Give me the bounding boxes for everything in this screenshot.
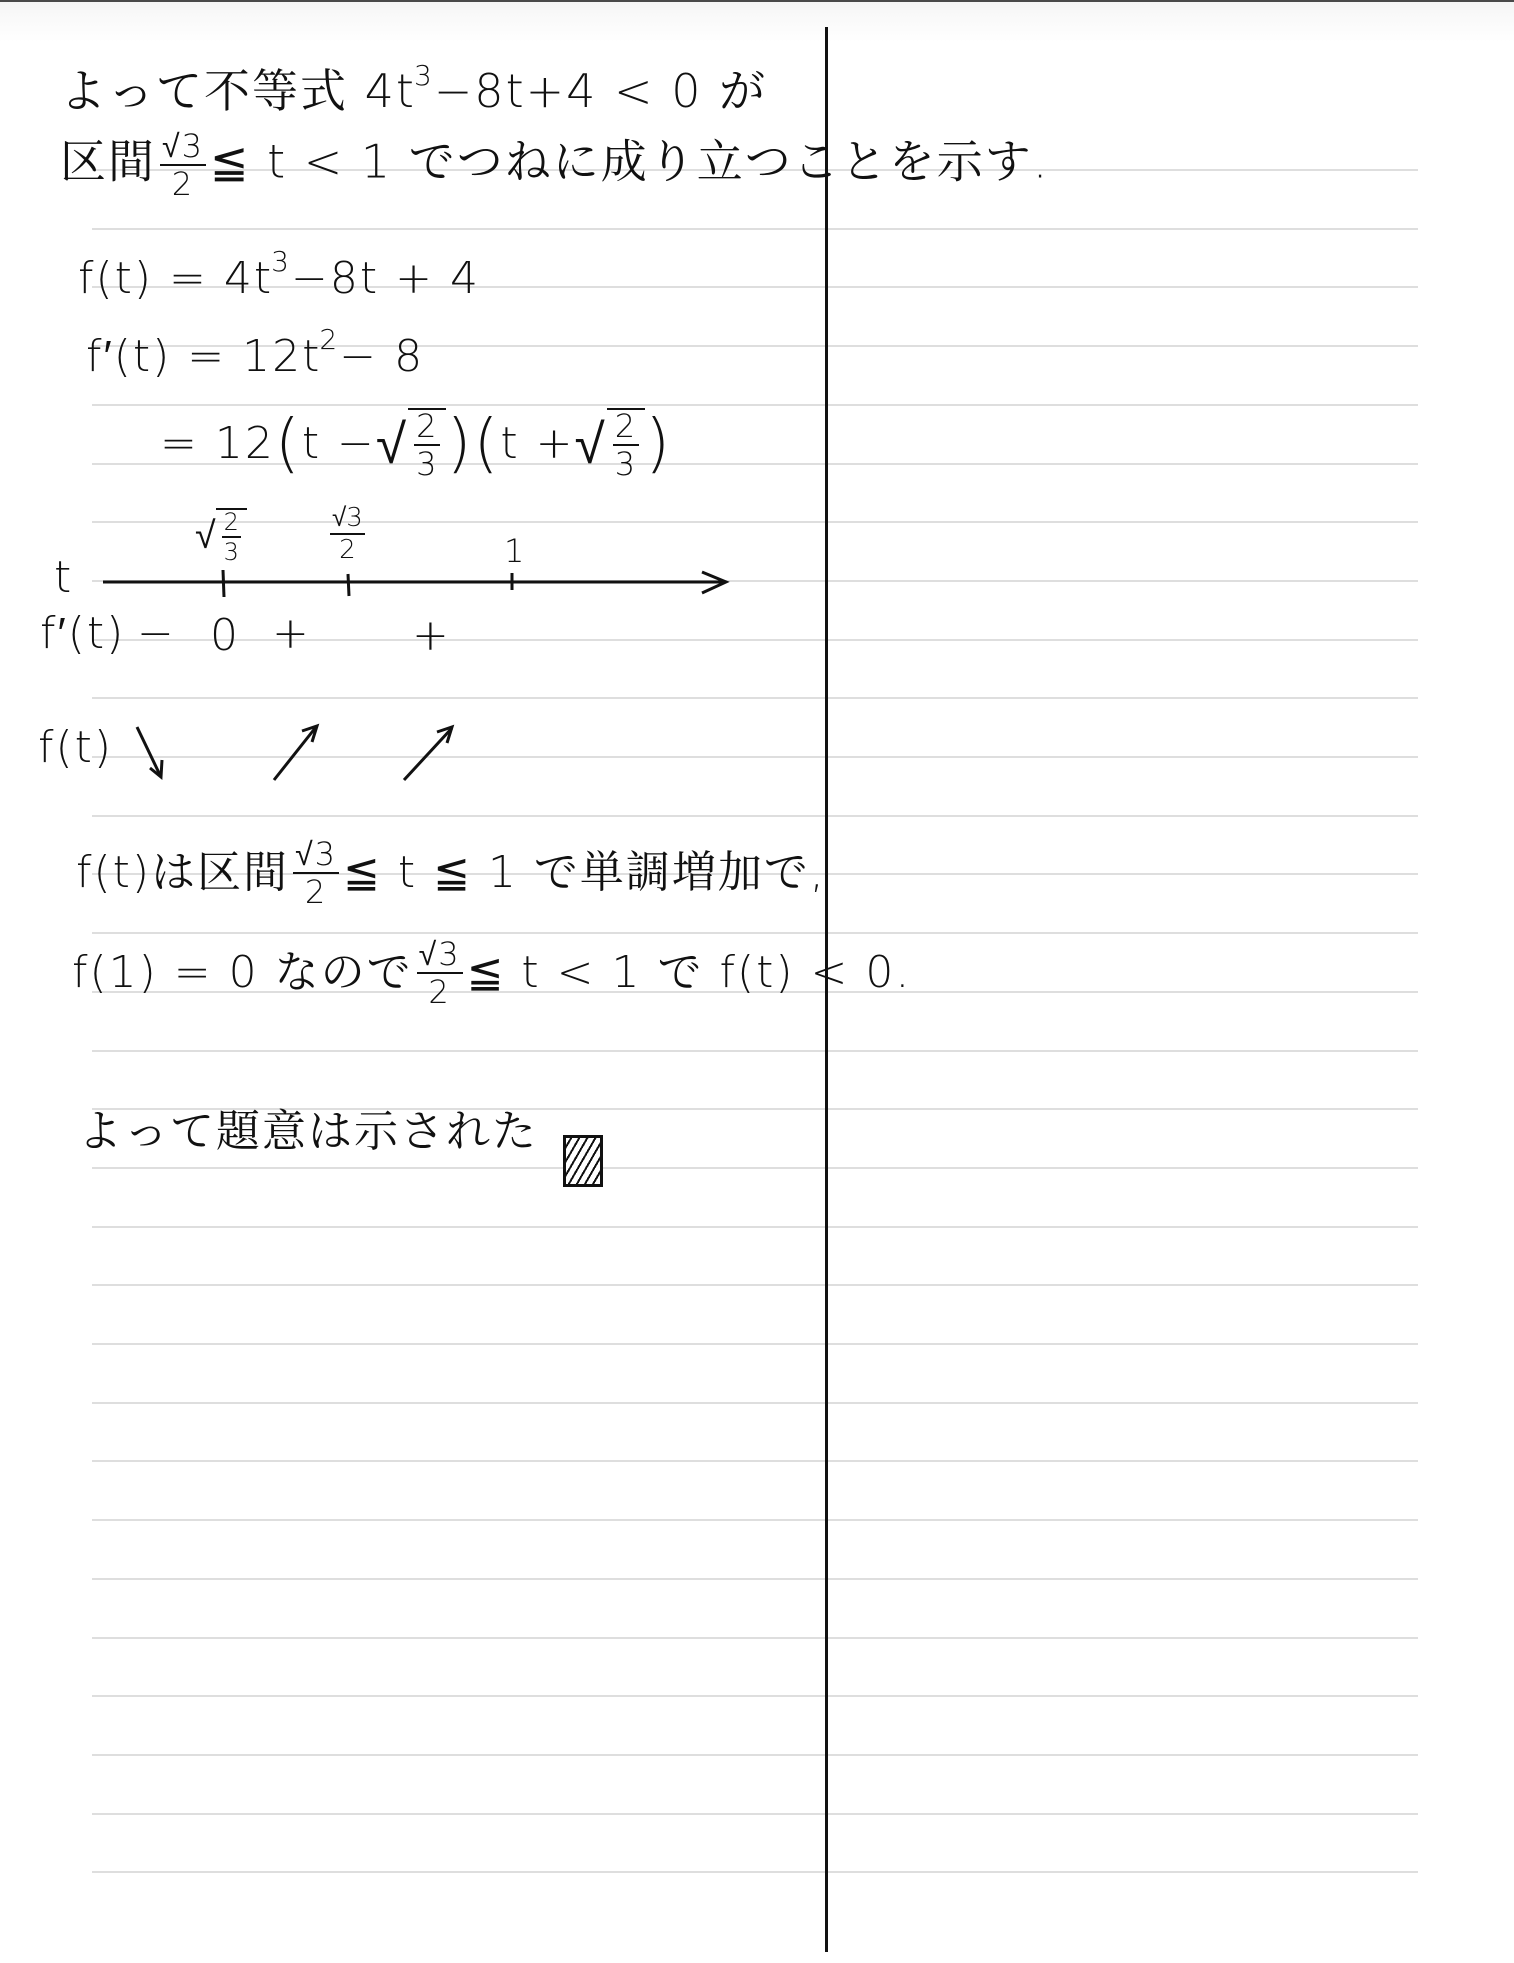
sign-zero: 0 bbox=[210, 614, 240, 658]
trend-arrows bbox=[137, 726, 452, 780]
decreasing-arrow-icon bbox=[137, 727, 160, 775]
sign-plus-2: + bbox=[412, 614, 451, 658]
frac-den: 2 bbox=[339, 535, 356, 563]
fraction-sqrt3-over-2: √32 bbox=[417, 938, 463, 1008]
axis-variable-label: t bbox=[54, 556, 73, 600]
radical-sign: √ bbox=[195, 517, 216, 555]
frac-num: 2 bbox=[222, 510, 241, 536]
frac-num: √3 bbox=[293, 838, 339, 872]
conclusion-negative: f(1) = 0 なので√32≦ t < 1 で f(t) < 0. bbox=[72, 938, 911, 1008]
fraction-sqrt3-over-2: √32 bbox=[293, 838, 339, 908]
sign-plus-1: + bbox=[272, 612, 311, 656]
frac-num: √3 bbox=[330, 505, 365, 533]
increasing-arrow-icon bbox=[404, 728, 452, 780]
tick-sqrt-two-thirds bbox=[223, 570, 224, 597]
conclusion1-prefix: f(t)は区間 bbox=[76, 851, 289, 895]
tick-sqrt3-over-2 bbox=[348, 574, 349, 596]
frac-den: 3 bbox=[224, 538, 239, 564]
tick-label-sqrt-two-thirds: √23 bbox=[195, 508, 247, 564]
conclusion1-suffix: ≦ t ≦ 1 で単調増加で, bbox=[343, 851, 826, 895]
qed-box-icon bbox=[563, 1135, 603, 1187]
tick-label-sqrt3-over-2: √32 bbox=[326, 505, 369, 563]
frac-num: √3 bbox=[417, 938, 463, 972]
conclusion-monotonic: f(t)は区間√32≦ t ≦ 1 で単調増加で, bbox=[76, 838, 826, 908]
increasing-arrow-icon bbox=[274, 727, 316, 780]
tick-label-one: 1 bbox=[504, 535, 524, 567]
trend-row-label: f(t) bbox=[38, 726, 113, 770]
frac-den: 2 bbox=[305, 874, 327, 908]
sign-row-label: f′(t) bbox=[40, 612, 125, 656]
final-statement: よって題意は示された bbox=[78, 1110, 538, 1154]
frac-den: 2 bbox=[428, 974, 450, 1008]
conclusion2-prefix: f(1) = 0 なので bbox=[72, 951, 413, 995]
sign-minus: − bbox=[137, 612, 176, 656]
conclusion2-suffix: ≦ t < 1 で f(t) < 0. bbox=[467, 951, 912, 995]
